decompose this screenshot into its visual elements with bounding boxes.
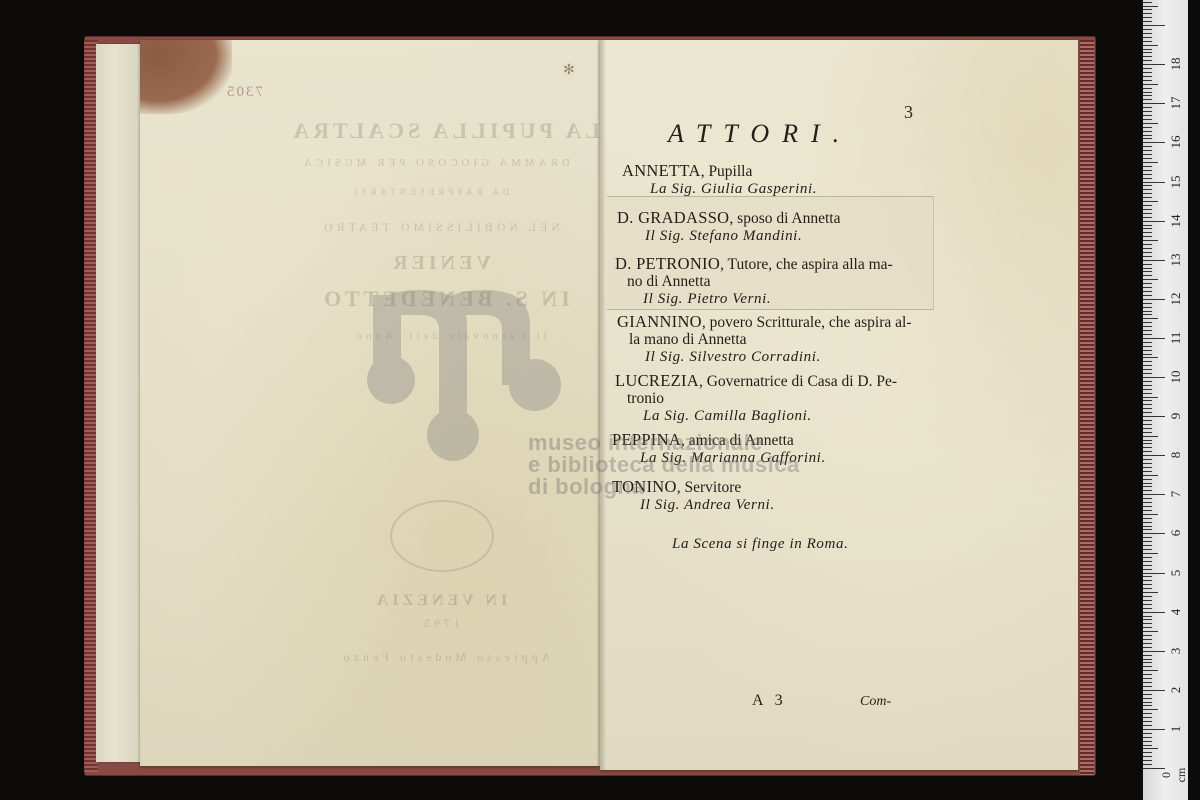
ruler-tick (1143, 764, 1152, 765)
ruler-tick (1143, 205, 1152, 206)
ruler-tick (1143, 518, 1152, 519)
ruler-tick (1143, 170, 1152, 171)
ruler-tick (1143, 639, 1152, 640)
ruler-label: 4 (1168, 601, 1184, 623)
ruler-tick (1143, 432, 1152, 433)
role-name: GIANNINO (617, 312, 702, 331)
ruler-tick (1143, 279, 1158, 280)
ruler-tick (1143, 596, 1152, 597)
ruler-tick (1143, 41, 1152, 42)
ruler-tick (1143, 619, 1152, 620)
ruler-label: 16 (1168, 131, 1184, 153)
show-through-title: LA PUPILLA SCALTRA (290, 118, 600, 144)
ruler-tick (1143, 756, 1152, 757)
role-description-continuation: no di Annetta (615, 273, 893, 290)
ruler-tick (1143, 84, 1158, 85)
role-description-continuation: la mano di Annetta (617, 331, 911, 348)
ruler-tick (1143, 111, 1152, 112)
ruler-tick (1143, 354, 1152, 355)
ruler-tick (1143, 29, 1152, 30)
ruler-label: 12 (1168, 288, 1184, 310)
ruler-tick (1143, 248, 1152, 249)
ruler-tick (1143, 283, 1152, 284)
actor-name: La Sig. Giulia Gasperini. (622, 180, 817, 198)
ruler-tick (1143, 264, 1152, 265)
ruler-tick (1143, 494, 1165, 495)
ruler-tick (1143, 666, 1152, 667)
book-gutter (596, 40, 606, 770)
ruler-tick (1143, 271, 1152, 272)
ruler-tick (1143, 623, 1152, 624)
ruler-tick (1143, 709, 1158, 710)
ruler-tick (1143, 162, 1158, 163)
ruler-tick (1143, 526, 1152, 527)
ruler-tick (1143, 182, 1165, 183)
ruler-tick (1143, 33, 1152, 34)
flyleaf-strip (96, 44, 142, 762)
ruler-tick (1143, 573, 1165, 574)
ruler-tick (1143, 260, 1165, 261)
cast-heading: ATTORI. (668, 119, 852, 149)
ruler-tick (1143, 115, 1152, 116)
ruler-tick (1143, 670, 1158, 671)
role-description: , sposo di Annetta (729, 210, 840, 227)
ruler-tick (1143, 146, 1152, 147)
ruler-label: 1 (1168, 718, 1184, 740)
ruler-tick (1143, 49, 1152, 50)
ruler-tick (1143, 580, 1152, 581)
role-description: , Tutore, che aspira alla ma- (720, 256, 893, 273)
ruler-tick (1143, 131, 1152, 132)
ruler-tick (1143, 256, 1152, 257)
ruler-tick (1143, 420, 1152, 421)
ruler-tick (1143, 291, 1152, 292)
ruler-label: 15 (1168, 171, 1184, 193)
ruler-tick (1143, 733, 1152, 734)
ruler-tick (1143, 99, 1152, 100)
ruler-tick (1143, 647, 1152, 648)
ruler-tick (1143, 463, 1152, 464)
ruler-tick (1143, 510, 1152, 511)
ruler-label: 7 (1168, 483, 1184, 505)
ruler-tick (1143, 45, 1158, 46)
ruler-tick (1143, 201, 1158, 202)
show-through-line: NEL NOBILISSIMO TEATRO (310, 220, 570, 235)
ruler-tick (1143, 479, 1152, 480)
ruler-tick (1143, 471, 1152, 472)
ruler-tick (1143, 373, 1152, 374)
ruler-tick (1143, 393, 1152, 394)
actor-name: Il Sig. Pietro Verni. (615, 290, 893, 308)
ruler-tick (1143, 236, 1152, 237)
ruler-tick (1143, 674, 1152, 675)
ruler-tick (1143, 545, 1152, 546)
ruler-tick (1143, 533, 1165, 534)
ruler-tick (1143, 627, 1152, 628)
ruler-tick (1143, 490, 1152, 491)
measurement-ruler: 0 cm 123456789101112131415161718 (1143, 0, 1188, 800)
ruler-label: 8 (1168, 444, 1184, 466)
ruler-tick (1143, 721, 1152, 722)
ruler-tick (1143, 60, 1152, 61)
ruler-tick (1143, 635, 1152, 636)
actor-name: La Sig. Camilla Baglioni. (615, 407, 897, 425)
ruler-tick (1143, 702, 1152, 703)
ruler-tick (1143, 537, 1152, 538)
ruler-tick (1143, 486, 1152, 487)
ruler-tick (1143, 361, 1152, 362)
ruler-tick (1143, 389, 1152, 390)
ruler-tick (1143, 350, 1152, 351)
ruler-label: 3 (1168, 640, 1184, 662)
ruler-tick (1143, 400, 1152, 401)
ruler-tick (1143, 311, 1152, 312)
ruler-tick (1143, 334, 1152, 335)
ruler-tick (1143, 213, 1152, 214)
ruler-label: 10 (1168, 366, 1184, 388)
ruler-tick (1143, 741, 1152, 742)
role-name: D. GRADASSO (617, 208, 729, 227)
ruler-tick (1143, 357, 1158, 358)
ruler-tick (1143, 447, 1152, 448)
ruler-tick (1143, 451, 1152, 452)
ruler-tick (1143, 600, 1152, 601)
role-description: , Governatrice di Casa di D. Pe- (699, 373, 897, 390)
ruler-tick (1143, 232, 1152, 233)
ruler-tick (1143, 217, 1152, 218)
ruler-tick (1143, 193, 1152, 194)
ruler-tick (1143, 56, 1152, 57)
ruler-tick (1143, 604, 1152, 605)
ruler-tick (1143, 616, 1152, 617)
ruler-tick (1143, 64, 1165, 65)
ruler-tick (1143, 557, 1152, 558)
ruler-tick (1143, 252, 1152, 253)
watermark-line: e biblioteca della musica (528, 454, 800, 476)
ruler-tick (1143, 377, 1165, 378)
ruler-tick (1143, 475, 1158, 476)
role-description: , povero Scritturale, che aspira al- (702, 314, 912, 331)
ruler-tick (1143, 443, 1152, 444)
ruler-tick (1143, 68, 1152, 69)
cast-entry-gradasso: D. GRADASSO, sposo di Annetta Il Sig. St… (617, 209, 841, 245)
ruler-tick (1143, 107, 1152, 108)
ruler-tick (1143, 561, 1152, 562)
ruler-label: 9 (1168, 405, 1184, 427)
show-through-line: Appresso Modesto Fenzo (330, 650, 560, 665)
ruler-tick (1143, 467, 1152, 468)
cast-entry-lucrezia: LUCREZIA, Governatrice di Casa di D. Pe-… (615, 372, 897, 425)
ruler-tick (1143, 428, 1152, 429)
ruler-label: 11 (1168, 327, 1184, 349)
ruler-tick (1143, 522, 1152, 523)
ruler-tick (1143, 424, 1152, 425)
ruler-tick (1143, 221, 1165, 222)
ruler-tick (1143, 2, 1152, 3)
ruler-tick (1143, 185, 1152, 186)
ruler-tick (1143, 729, 1165, 730)
ruler-tick (1143, 9, 1152, 10)
ruler-tick (1143, 529, 1152, 530)
ruler-tick (1143, 21, 1152, 22)
ruler-tick (1143, 338, 1165, 339)
ruler-label: 14 (1168, 210, 1184, 232)
ruler-tick (1143, 119, 1152, 120)
ruler-tick (1143, 541, 1152, 542)
ruler-tick (1143, 404, 1152, 405)
ruler-tick (1143, 135, 1152, 136)
page-number: 3 (904, 102, 913, 123)
watermark-line: di bologna (528, 476, 800, 498)
ruler-tick (1143, 240, 1158, 241)
ruler-tick (1143, 346, 1152, 347)
ruler-tick (1143, 76, 1152, 77)
ruler-tick (1143, 72, 1152, 73)
ruler-tick (1143, 150, 1152, 151)
ruler-tick (1143, 717, 1152, 718)
ruler-label: 13 (1168, 249, 1184, 271)
ruler-tick (1143, 659, 1152, 660)
ruler-tick (1143, 174, 1152, 175)
ruler-tick (1143, 397, 1158, 398)
ruler-tick (1143, 95, 1152, 96)
ruler-tick (1143, 553, 1158, 554)
ruler-label: 2 (1168, 679, 1184, 701)
ruler-tick (1143, 686, 1152, 687)
ruler-tick (1143, 416, 1165, 417)
ruler-tick (1143, 123, 1158, 124)
ruler-tick (1143, 412, 1152, 413)
role-description-continuation: tronio (615, 390, 897, 407)
ruler-tick (1143, 737, 1152, 738)
ruler-tick (1143, 455, 1165, 456)
ruler-tick (1143, 698, 1152, 699)
ruler-tick (1143, 154, 1152, 155)
ruler-tick (1143, 713, 1152, 714)
ruler-tick (1143, 209, 1152, 210)
ruler-tick (1143, 37, 1152, 38)
ruler-tick (1143, 52, 1152, 53)
scene-note: La Scena si finge in Roma. (672, 536, 848, 553)
ruler-tick (1143, 569, 1152, 570)
ruler-tick (1143, 299, 1165, 300)
ruler-tick (1143, 643, 1152, 644)
ruler-tick (1143, 314, 1152, 315)
actor-name: Il Sig. Silvestro Corradini. (617, 348, 911, 366)
ruler-tick (1143, 408, 1152, 409)
ruler-label: 18 (1168, 53, 1184, 75)
ruler-tick (1143, 6, 1158, 7)
ruler-tick (1143, 178, 1152, 179)
ruler-tick (1143, 342, 1152, 343)
cast-entry-giannino: GIANNINO, povero Scritturale, che aspira… (617, 313, 911, 366)
ruler-tick (1143, 651, 1165, 652)
ruler-tick (1143, 592, 1158, 593)
watermark-text: museo internazionale e biblioteca della … (528, 432, 800, 498)
ruler-tick (1143, 440, 1152, 441)
ruler-tick (1143, 748, 1158, 749)
ruler-tick (1143, 584, 1152, 585)
ruler-tick (1143, 682, 1152, 683)
ruler-label: 6 (1168, 522, 1184, 544)
book-photograph: 7305 LA PUPILLA SCALTRA DRAMMA GIOCOSO P… (0, 0, 1200, 800)
role-name: LUCREZIA (615, 371, 699, 390)
ruler-tick (1143, 506, 1152, 507)
ruler-tick (1143, 287, 1152, 288)
ruler-tick (1143, 678, 1152, 679)
ruler-tick (1143, 502, 1152, 503)
ruler-tick (1143, 760, 1152, 761)
ruler-tick (1143, 662, 1152, 663)
show-through-line: 1795 (390, 616, 490, 631)
ruler-tick (1143, 612, 1165, 613)
ruler-tick (1143, 318, 1158, 319)
ruler-tick (1143, 576, 1152, 577)
cover-edge-right (1080, 40, 1094, 775)
ruler-tick (1143, 197, 1152, 198)
ruler-tick (1143, 127, 1152, 128)
ruler-tick (1143, 228, 1152, 229)
ruler-tick (1143, 631, 1158, 632)
ruler-tick (1143, 549, 1152, 550)
ruler-tick (1143, 365, 1152, 366)
ruler-tick (1143, 307, 1152, 308)
ruler-tick (1143, 514, 1158, 515)
ruler-tick (1143, 588, 1152, 589)
ruler-tick (1143, 158, 1152, 159)
library-mark: 7305 (225, 84, 263, 101)
ruler-tick (1143, 768, 1165, 769)
ruler-label: 5 (1168, 562, 1184, 584)
ruler-tick (1143, 369, 1152, 370)
show-through-line: IN VENEZIA (340, 592, 540, 610)
ruler-label: 17 (1168, 92, 1184, 114)
ruler-tick (1143, 752, 1152, 753)
ruler-tick (1143, 436, 1158, 437)
show-through-line: DRAMMA GIOCOSO PER MUSICA (300, 157, 570, 169)
ruler-tick (1143, 275, 1152, 276)
ruler-tick (1143, 13, 1152, 14)
ruler-tick (1143, 483, 1152, 484)
ruler-tick (1143, 244, 1152, 245)
ruler-tick (1143, 268, 1152, 269)
ruler-tick (1143, 694, 1152, 695)
ruler-tick (1143, 498, 1152, 499)
ruler-tick (1143, 25, 1165, 26)
watermark-line: museo internazionale (528, 432, 800, 454)
ruler-tick (1143, 381, 1152, 382)
show-through-line: DA RAPPRESENTARSI (330, 187, 530, 197)
ruler-tick (1143, 565, 1152, 566)
ruler-tick (1143, 326, 1152, 327)
show-through-line: VENIER (370, 252, 510, 275)
ruler-tick (1143, 322, 1152, 323)
role-description: , Pupilla (701, 163, 753, 180)
show-through-ornament (390, 500, 494, 572)
ruler-tick (1143, 303, 1152, 304)
signature-mark: A 3 (752, 692, 787, 710)
ink-blot: ✻ (563, 62, 575, 79)
ruler-tick (1143, 330, 1152, 331)
role-name: D. PETRONIO (615, 254, 720, 273)
ruler-tick (1143, 142, 1165, 143)
ruler-tick (1143, 705, 1152, 706)
ruler-tick (1143, 138, 1152, 139)
ruler-tick (1143, 690, 1165, 691)
ruler-tick (1143, 103, 1165, 104)
ruler-tick (1143, 88, 1152, 89)
catchword: Com- (860, 694, 891, 710)
ruler-tick (1143, 745, 1152, 746)
ruler-tick (1143, 385, 1152, 386)
ruler-tick (1143, 17, 1152, 18)
cast-entry-petronio: D. PETRONIO, Tutore, che aspira alla ma-… (615, 255, 893, 308)
ruler-tick (1143, 459, 1152, 460)
ruler-tick (1143, 166, 1152, 167)
role-name: ANNETTA (622, 161, 701, 180)
ruler-tick (1143, 655, 1152, 656)
ruler-tick (1143, 92, 1152, 93)
ruler-tick (1143, 725, 1152, 726)
ruler-tick (1143, 295, 1152, 296)
cast-entry-annetta: ANNETTA, Pupilla La Sig. Giulia Gasperin… (622, 162, 817, 198)
ruler-tick (1143, 608, 1152, 609)
actor-name: Il Sig. Stefano Mandini. (617, 227, 841, 245)
ruler-tick (1143, 189, 1152, 190)
ruler-tick (1143, 225, 1152, 226)
ruler-tick (1143, 80, 1152, 81)
